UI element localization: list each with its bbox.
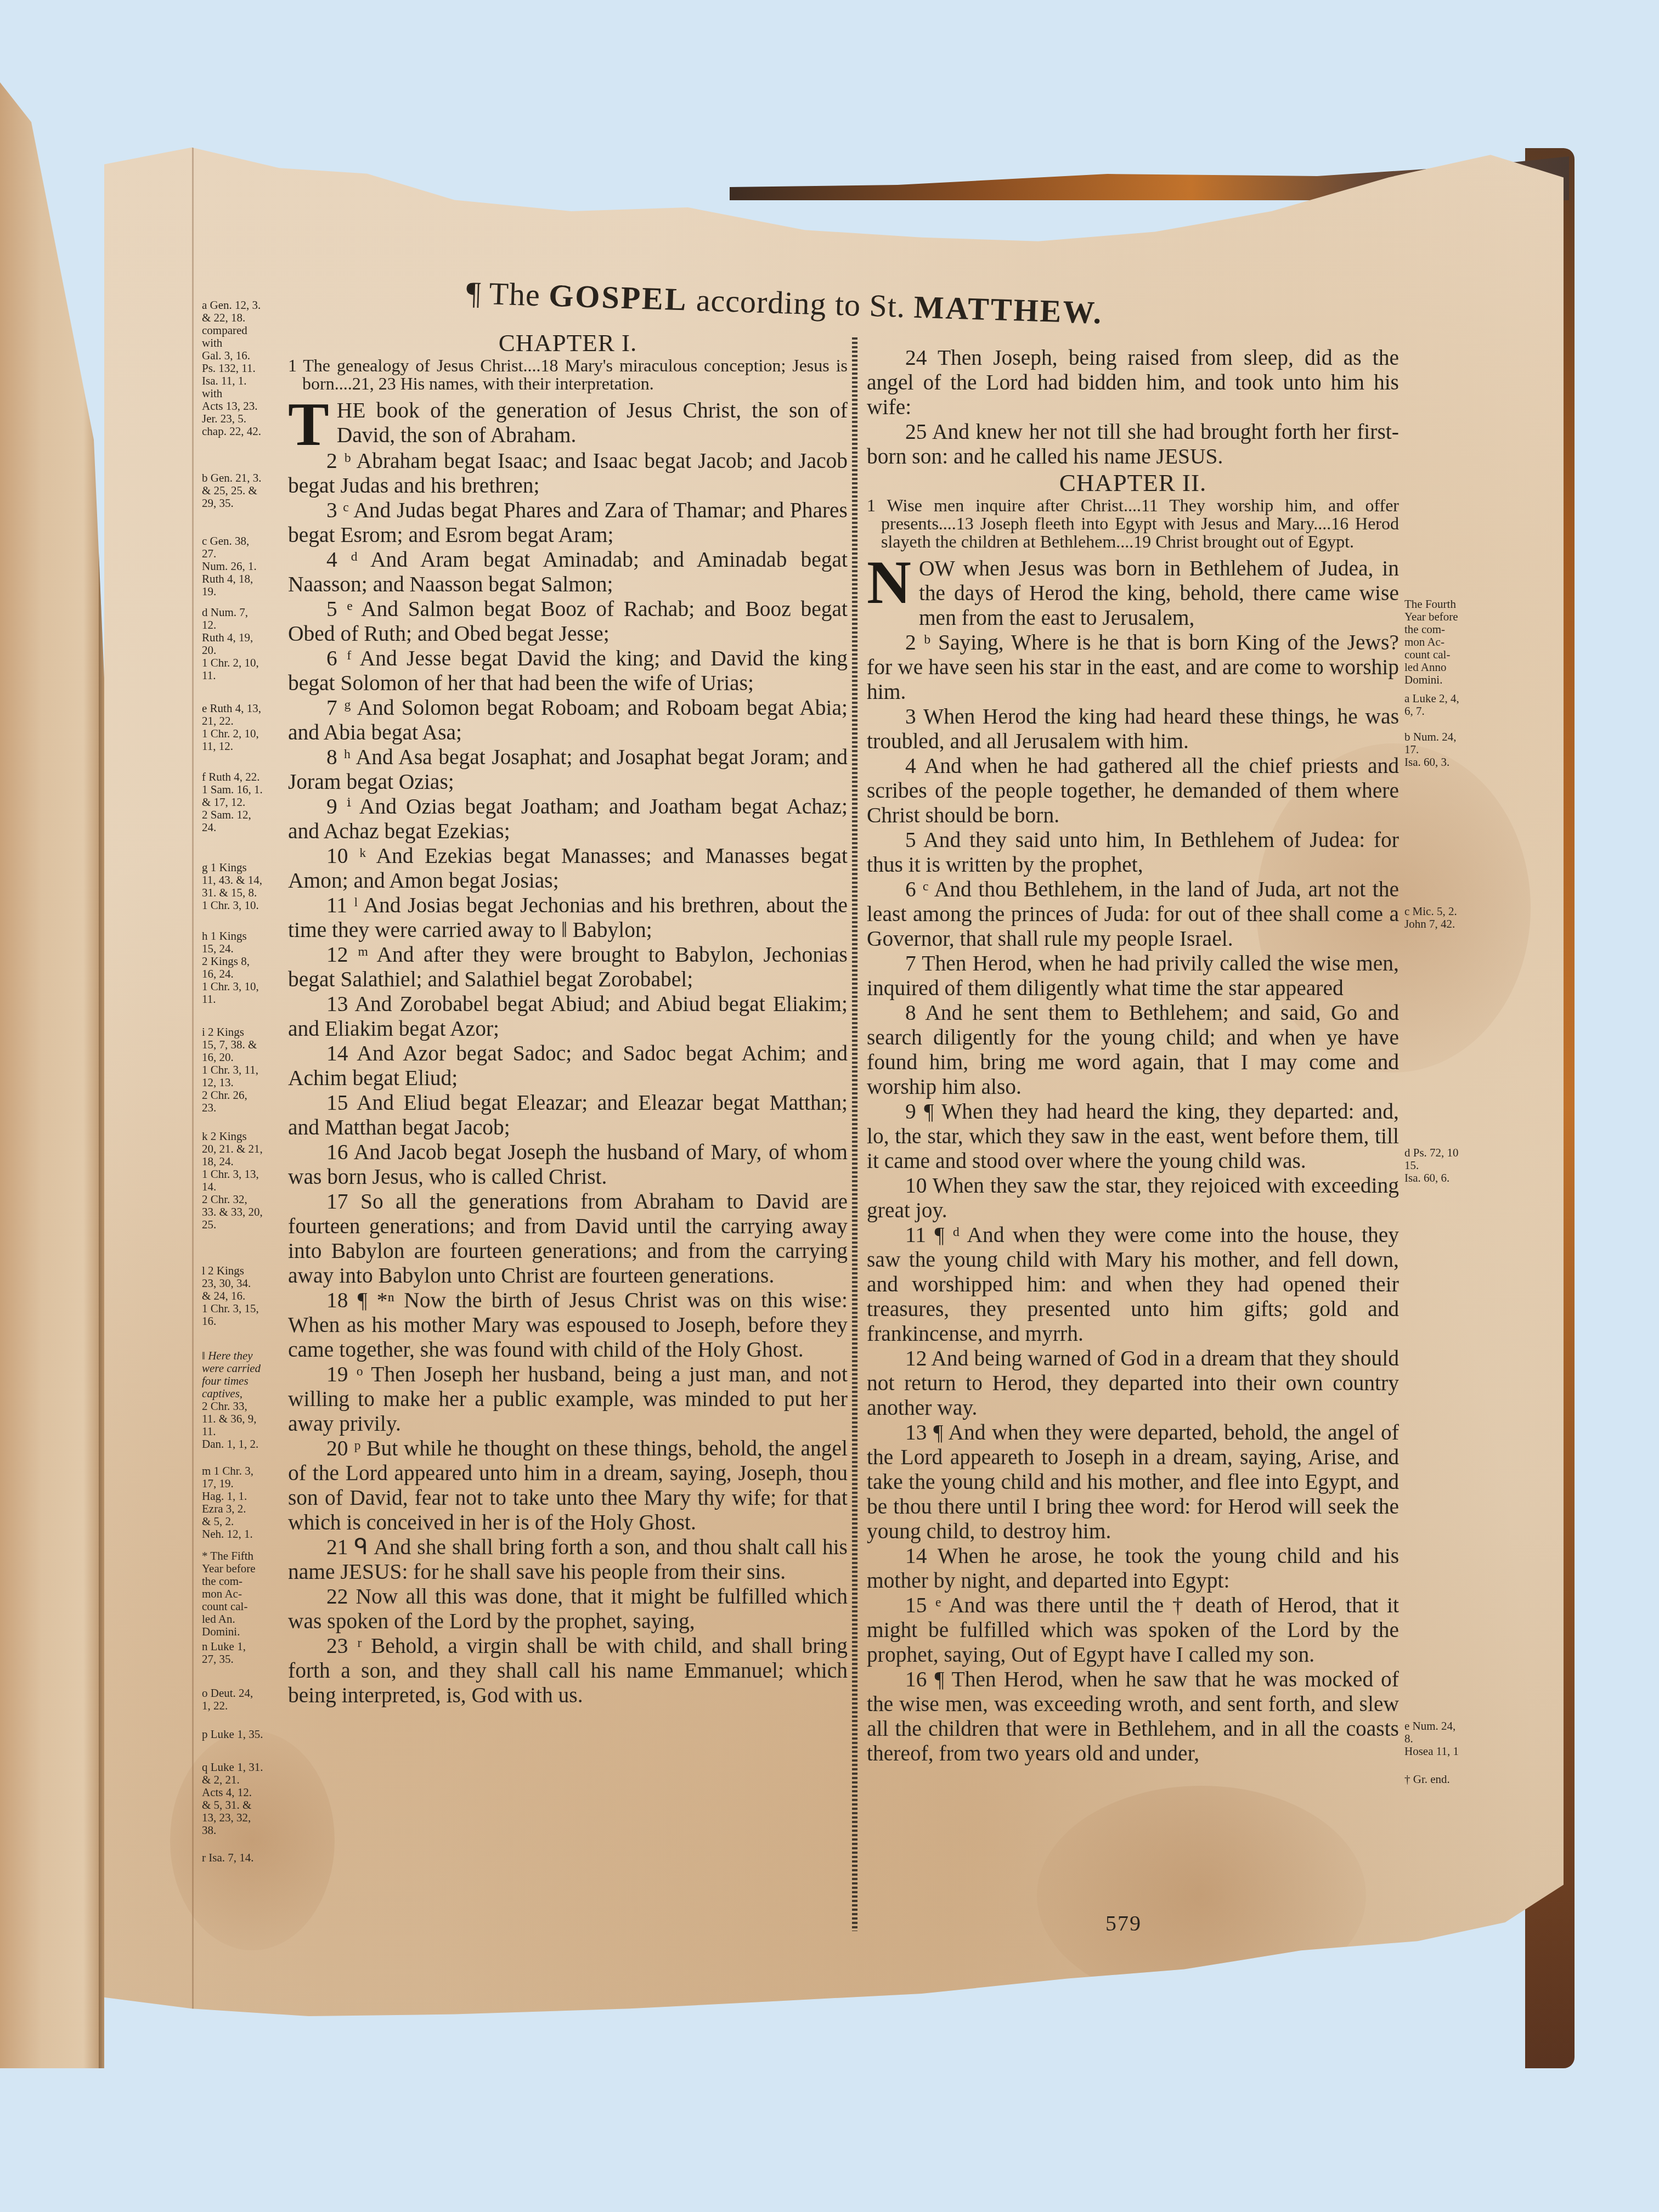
verse: 3 ᶜ And Judas begat Phares and Zara of T… <box>288 498 848 548</box>
margin-reference: l 2 Kings 23, 30, 34. & 24, 16. 1 Chr. 3… <box>202 1265 284 1328</box>
margin-reference: * The Fifth Year before the com- mon Ac-… <box>202 1550 284 1638</box>
verse: 14 And Azor begat Sadoc; and Sadoc begat… <box>288 1041 848 1091</box>
title-according: according to St. <box>696 282 906 324</box>
verse: 8 And he sent them to Bethlehem; and sai… <box>867 1001 1399 1099</box>
verse: 12 And being warned of God in a dream th… <box>867 1346 1399 1420</box>
verse-1: THE book of the generation of Jesus Chri… <box>288 398 848 448</box>
margin-reference: 2 Chr. 33, 11. & 36, 9, 11. Dan. 1, 1, 2… <box>202 1400 284 1451</box>
title-gospel: GOSPEL <box>548 278 688 318</box>
margin-reference: ‖ Here they were carried four times capt… <box>202 1350 284 1400</box>
margin-reference: d Num. 7, 12. Ruth 4, 19, 20. 1 Chr. 2, … <box>202 606 284 682</box>
chapter-heading: CHAPTER I. <box>288 329 848 357</box>
verse-text: HE book of the generation of Jesus Chris… <box>337 398 848 447</box>
margin-reference: k 2 Kings 20, 21. & 21, 18, 24. 1 Chr. 3… <box>202 1130 284 1231</box>
verse: 14 When he arose, he took the young chil… <box>867 1544 1399 1593</box>
verse-list-chapter-1: 24 Then Joseph, being raised from sleep,… <box>867 346 1399 469</box>
margin-reference: c Mic. 5, 2. John 7, 42. <box>1404 905 1481 930</box>
verse-text: OW when Jesus was born in Bethlehem of J… <box>919 556 1399 630</box>
margin-reference: i 2 Kings 15, 7, 38. & 16, 20. 1 Chr. 3,… <box>202 1026 284 1114</box>
verse: 13 And Zorobabel begat Abiud; and Abiud … <box>288 992 848 1041</box>
verse: 25 And knew her not till she had brought… <box>867 420 1399 469</box>
verse: 10 When they saw the star, they rejoiced… <box>867 1173 1399 1223</box>
column-divider <box>852 337 857 1931</box>
verse: 2 ᵇ Abraham begat Isaac; and Isaac begat… <box>288 449 848 498</box>
margin-reference: g 1 Kings 11, 43. & 14, 31. & 15, 8. 1 C… <box>202 861 284 912</box>
verse-1: NOW when Jesus was born in Bethlehem of … <box>867 556 1399 630</box>
margin-reference: b Gen. 21, 3. & 25, 25. & 29, 35. <box>202 472 284 510</box>
chapter-summary: 1 The genealogy of Jesus Christ....18 Ma… <box>288 357 848 393</box>
margin-reference: e Ruth 4, 13, 21, 22. 1 Chr. 2, 10, 11, … <box>202 702 284 753</box>
verse: 7 ᵍ And Solomon begat Roboam; and Roboam… <box>288 696 848 745</box>
verse: 2 ᵇ Saying, Where is he that is born Kin… <box>867 630 1399 704</box>
title-the: The <box>489 275 541 313</box>
margin-reference: p Luke 1, 35. <box>202 1728 284 1741</box>
verse-list: 2 ᵇ Saying, Where is he that is born Kin… <box>867 630 1399 1766</box>
page-number: 579 <box>1105 1910 1142 1936</box>
verse: 5 ᵉ And Salmon begat Booz of Rachab; and… <box>288 597 848 646</box>
chapter-summary: 1 Wise men inquire after Christ....11 Th… <box>867 496 1399 551</box>
verse: 11 ˡ And Josias begat Jechonias and his … <box>288 893 848 943</box>
verse: 10 ᵏ And Ezekias begat Manasses; and Man… <box>288 844 848 893</box>
dropcap-letter: N <box>867 558 911 607</box>
title-book-name: MATTHEW. <box>913 289 1104 331</box>
right-column: 24 Then Joseph, being raised from sleep,… <box>867 346 1399 1766</box>
verse: 15 ᵉ And was there until the † death of … <box>867 1593 1399 1667</box>
verse: 16 ¶ Then Herod, when he saw that he was… <box>867 1667 1399 1766</box>
margin-reference: r Isa. 7, 14. <box>202 1852 284 1864</box>
margin-reference: q Luke 1, 31. & 2, 21. Acts 4, 12. & 5, … <box>202 1761 284 1837</box>
verse: 6 ᶜ And thou Bethlehem, in the land of J… <box>867 877 1399 951</box>
margin-reference: e Num. 24, 8. Hosea 11, 1 <box>1404 1720 1481 1758</box>
verse-list: 2 ᵇ Abraham begat Isaac; and Isaac begat… <box>288 449 848 1708</box>
verse: 19 ᵒ Then Joseph her husband, being a ju… <box>288 1362 848 1436</box>
verse: 9 ¶ When they had heard the king, they d… <box>867 1099 1399 1173</box>
text-layer: ¶ The GOSPEL according to St. MATTHEW. C… <box>0 0 1659 2212</box>
verse: 9 ⁱ And Ozias begat Joatham; and Joatham… <box>288 794 848 844</box>
verse: 4 ᵈ And Aram begat Aminadab; and Aminada… <box>288 548 848 597</box>
verse: 12 ᵐ And after they were brought to Baby… <box>288 943 848 992</box>
margin-reference: m 1 Chr. 3, 17, 19. Hag. 1, 1. Ezra 3, 2… <box>202 1465 284 1541</box>
margin-reference: f Ruth 4, 22. 1 Sam. 16, 1. & 17, 12. 2 … <box>202 771 284 834</box>
verse: 16 And Jacob begat Joseph the husband of… <box>288 1140 848 1189</box>
verse: 21 ᑫ And she shall bring forth a son, an… <box>288 1535 848 1584</box>
verse: 4 And when he had gathered all the chief… <box>867 754 1399 828</box>
verse: 23 ʳ Behold, a virgin shall be with chil… <box>288 1634 848 1708</box>
verse: 20 ᵖ But while he thought on these thing… <box>288 1436 848 1535</box>
margin-reference: o Deut. 24, 1, 22. <box>202 1687 284 1712</box>
margin-reference: a Gen. 12, 3. & 22, 18. compared with Ga… <box>202 299 284 438</box>
page-title: ¶ The GOSPEL according to St. MATTHEW. <box>466 274 1262 336</box>
margin-reference: The Fourth Year before the com- mon Ac- … <box>1404 598 1481 686</box>
margin-reference: d Ps. 72, 10 15. Isa. 60, 6. <box>1404 1147 1481 1184</box>
chapter-heading: CHAPTER II. <box>867 469 1399 496</box>
verse: 15 And Eliud begat Eleazar; and Eleazar … <box>288 1091 848 1140</box>
margin-reference: c Gen. 38, 27. Num. 26, 1. Ruth 4, 18, 1… <box>202 535 284 598</box>
verse: 24 Then Joseph, being raised from sleep,… <box>867 346 1399 420</box>
verse: 13 ¶ And when they were departed, behold… <box>867 1420 1399 1544</box>
verse: 11 ¶ ᵈ And when they were come into the … <box>867 1223 1399 1346</box>
dropcap-letter: T <box>288 400 329 449</box>
margin-reference: a Luke 2, 4, 6, 7. <box>1404 692 1481 718</box>
verse: 6 ᶠ And Jesse begat David the king; and … <box>288 646 848 696</box>
verse: 8 ʰ And Asa begat Josaphat; and Josaphat… <box>288 745 848 794</box>
margin-reference: h 1 Kings 15, 24. 2 Kings 8, 16, 24. 1 C… <box>202 930 284 1006</box>
verse: 22 Now all this was done, that it might … <box>288 1584 848 1634</box>
verse: 5 And they said unto him, In Bethlehem o… <box>867 828 1399 877</box>
verse: 3 When Herod the king had heard these th… <box>867 704 1399 754</box>
margin-reference: b Num. 24, 17. Isa. 60, 3. <box>1404 731 1481 769</box>
margin-reference: n Luke 1, 27, 35. <box>202 1640 284 1666</box>
pilcrow-icon: ¶ <box>466 275 482 311</box>
verse: 18 ¶ *ⁿ Now the birth of Jesus Christ wa… <box>288 1288 848 1362</box>
left-column: CHAPTER I. 1 The genealogy of Jesus Chri… <box>288 329 848 1708</box>
verse: 7 Then Herod, when he had privily called… <box>867 951 1399 1001</box>
margin-reference: † Gr. end. <box>1404 1773 1481 1786</box>
verse: 17 So all the generations from Abraham t… <box>288 1189 848 1288</box>
